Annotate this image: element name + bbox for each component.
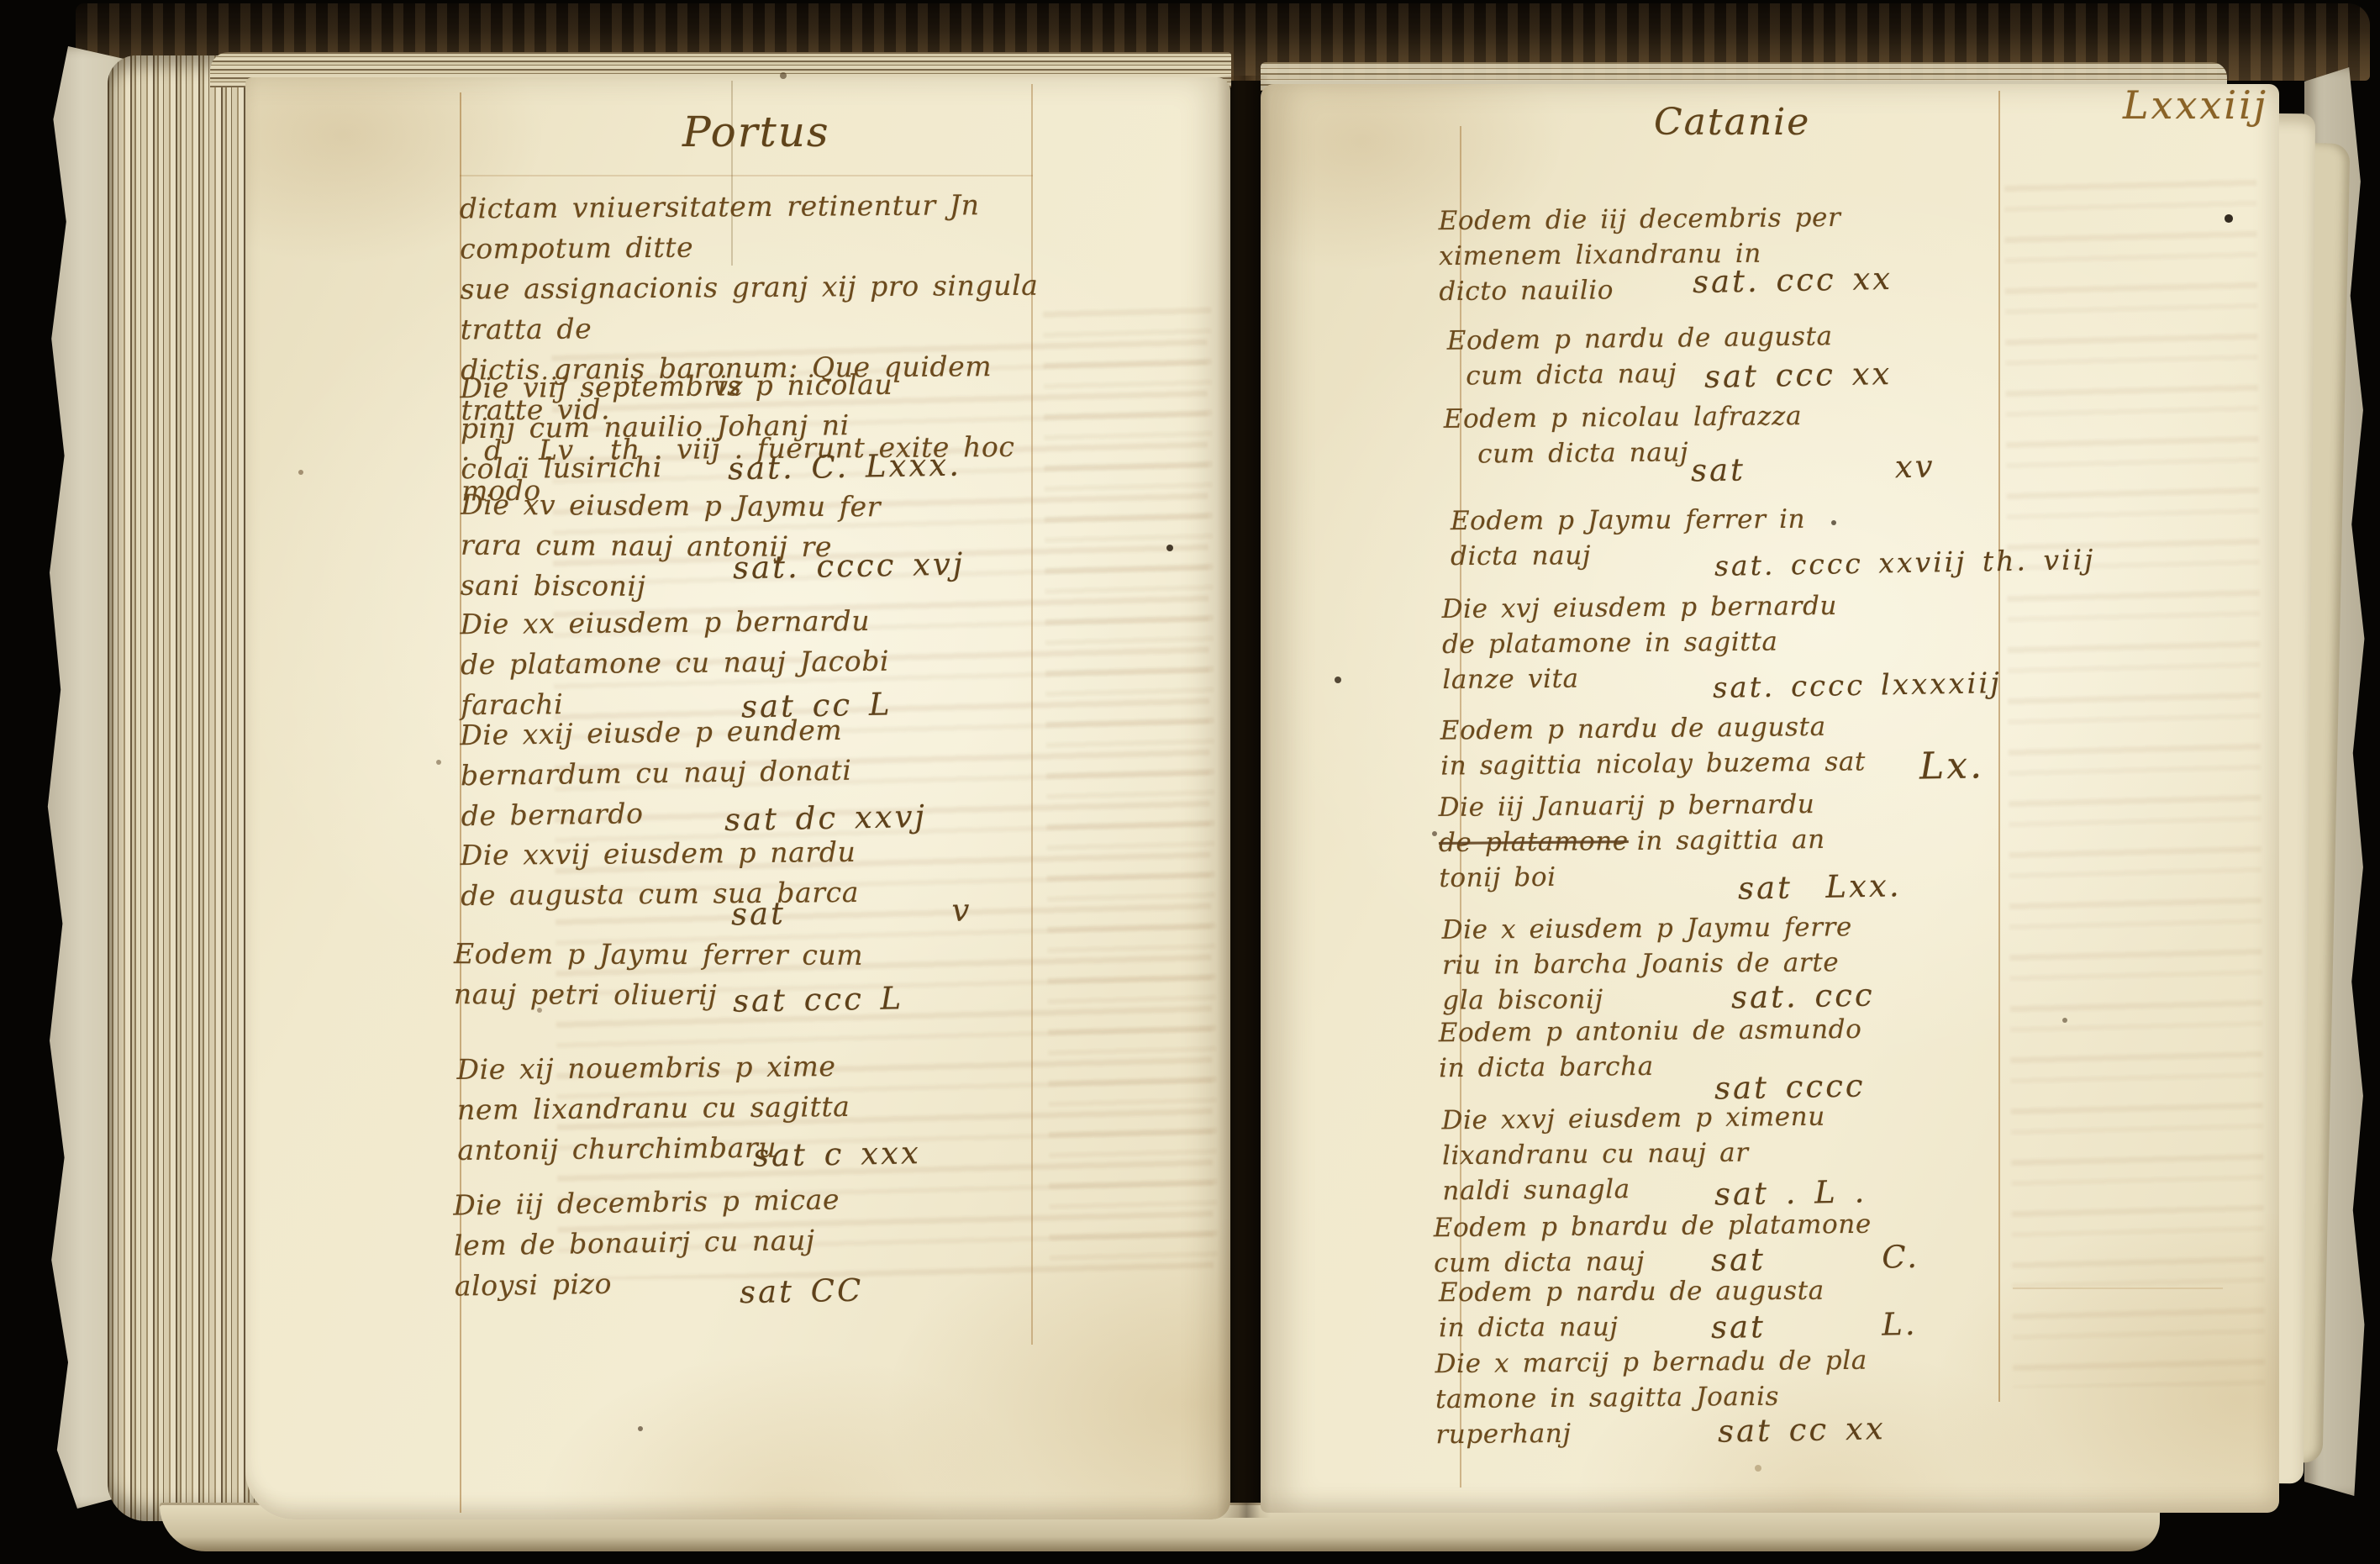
entry-amount: sat. C. Lxxx. xyxy=(728,447,962,487)
entry-amount: sat. cccc xvj xyxy=(733,546,966,587)
entry-line: de platamonein sagittia an xyxy=(1439,822,1825,861)
entry-line: Eodem p Jaymu ferrer in xyxy=(1451,502,1805,539)
entry-line: Die xv eiusdem p Jaymu fer xyxy=(461,485,881,528)
entry-line-rest: in sagittia an xyxy=(1637,824,1825,856)
right-page-title: Catanie xyxy=(1654,101,1810,144)
entry-line: pinj cum nauilio Johanj ni xyxy=(461,405,893,449)
entry-line: Die xxij eiusde p eundem xyxy=(460,710,851,756)
entry-line: Eodem die iij decembris per xyxy=(1438,200,1840,239)
entry-amount: sat Lxx. xyxy=(1738,867,1902,906)
entry-line: Die xvj eiusdem p bernardu xyxy=(1441,588,1837,627)
entry-line: Eodem p nardu de augusta xyxy=(1447,319,1833,359)
bleed-through-right xyxy=(2004,159,2265,1388)
entry-line: nem lixandranu cu sagitta xyxy=(457,1087,850,1130)
gutter-fold xyxy=(1217,76,1271,1518)
entry-amount: sat. cccc xxviij th. viij xyxy=(1714,543,2096,582)
entry-line: Eodem p Jaymu ferrer cum xyxy=(454,934,863,976)
entry-amount: sat ccc xx xyxy=(1704,355,1893,395)
entry-line: Eodem p nicolau lafrazza xyxy=(1444,398,1803,437)
entry-line: Die xxvij eiusdem p nardu xyxy=(461,832,859,876)
ledger-entry: Die xv eiusdem p Jaymu fer rara cum nauj… xyxy=(461,485,882,608)
folio-number: Lxxxiij xyxy=(2123,82,2268,128)
struck-text: de platamone xyxy=(1439,826,1629,858)
entry-line: in sagittia nicolay buzema sat xyxy=(1440,744,1866,783)
entry-amount: sat CC xyxy=(740,1272,864,1311)
ink-specks xyxy=(0,0,3,3)
intro-line: dictam vniuersitatem retinentur Jn compo… xyxy=(460,184,1066,269)
entry-amount: Lx. xyxy=(1919,744,1985,787)
entry-line: Die iij decembris p micae xyxy=(453,1179,840,1225)
right-page-ruling-right xyxy=(1998,91,2000,1402)
left-page-ruling-top xyxy=(460,175,1033,176)
entry-line: Die xxvj eiusdem p ximenu xyxy=(1441,1099,1825,1139)
entry-amount: sat. cccc lxxxxiij xyxy=(1713,666,2002,705)
entry-line: bernardum cu nauj donati xyxy=(461,750,852,796)
entry-amount: sat c xxx xyxy=(753,1135,921,1173)
entry-line: Eodem p nardu de augusta xyxy=(1440,708,1866,748)
entry-amount: sat. ccc xx xyxy=(1693,261,1893,300)
entry-line: Eodem p antoniu de asmundo xyxy=(1439,1012,1862,1051)
ledger-entry: Eodem p nardu de augusta in sagittia nic… xyxy=(1440,708,1867,783)
entry-line: Die xij nouembris p xime xyxy=(456,1046,850,1090)
entry-line: Eodem p nardu de augusta xyxy=(1439,1273,1824,1310)
entry-amount: sat ccc L xyxy=(733,980,904,1019)
entry-amount: sat. ccc xyxy=(1731,977,1875,1016)
entry-line: Die iij Januarij p bernardu xyxy=(1438,787,1824,825)
page-edges-left-stack xyxy=(108,55,259,1521)
entry-line: lixandranu cu nauj ar xyxy=(1442,1135,1826,1174)
entry-line: Die x marcij p bernadu de pla xyxy=(1435,1343,1867,1382)
entry-amount: sat v xyxy=(731,893,972,933)
entry-line: Die viij septembris p nicolau xyxy=(460,365,893,408)
entry-line: riu in barcha Joanis de arte xyxy=(1442,945,1853,982)
entry-amount: sat cc xx xyxy=(1718,1410,1886,1449)
bleed-through-left-margin xyxy=(1043,285,1218,1277)
entry-line: lem de bonauirj cu nauj xyxy=(454,1219,841,1266)
intro-line: sue assignacionis granj xij pro singula … xyxy=(460,265,1066,350)
left-page-title: Portus xyxy=(682,108,830,156)
entry-line: de platamone in sagitta xyxy=(1442,624,1838,662)
entry-line: Die xx eiusdem p bernardu xyxy=(460,601,889,645)
entry-amount: sat xv xyxy=(1691,448,1935,488)
entry-line: Die x eiusdem p Jaymu ferre xyxy=(1442,909,1853,947)
entry-amount: sat L. xyxy=(1711,1306,1918,1345)
entry-line: de platamone cu nauj Jacobi xyxy=(461,641,890,685)
